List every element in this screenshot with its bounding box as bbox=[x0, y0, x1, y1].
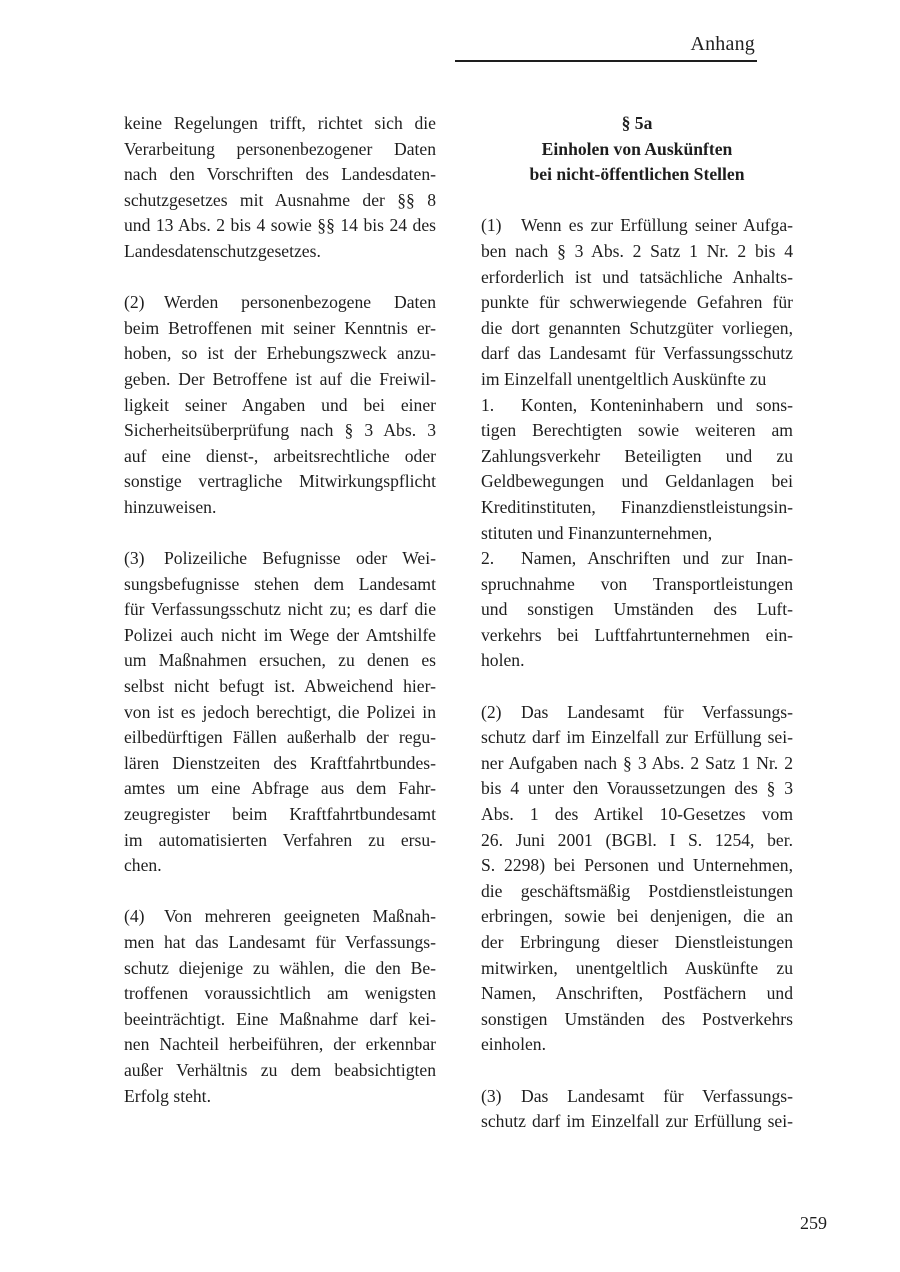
header-rule bbox=[455, 60, 757, 62]
text-line: mitwirken, unentgeltlich Auskünfte zu bbox=[481, 956, 793, 982]
text-line: Sicherheitsüberprüfung nach § 3 Abs. 3 bbox=[124, 418, 436, 444]
text-line: schutz darf im Einzelfall zur Erfüllung … bbox=[481, 725, 793, 751]
text-line: Das Landesamt für Verfassungs- bbox=[521, 1084, 793, 1110]
text-line: verkehrs bei Luftfahrtunternehmen ein- bbox=[481, 623, 793, 649]
list-number: 1. bbox=[481, 393, 521, 419]
paragraph-number: (4) bbox=[124, 904, 164, 930]
text-line: und sonstigen Umständen des Luft- bbox=[481, 597, 793, 623]
text-line: Namen, Anschriften, Postfächern und bbox=[481, 981, 793, 1007]
text-line: ner Aufgaben nach § 3 Abs. 2 Satz 1 Nr. … bbox=[481, 751, 793, 777]
text-line: 26. Juni 2001 (BGBl. I S. 1254, ber. bbox=[481, 828, 793, 854]
text-line: Abs. 1 des Artikel 10-Gesetzes vom bbox=[481, 802, 793, 828]
text-line: für Verfassungsschutz nicht zu; es darf … bbox=[124, 597, 436, 623]
text-line: keine Regelungen trifft, richtet sich di… bbox=[124, 111, 436, 137]
text-line: spruchnahme von Transportleistungen bbox=[481, 572, 793, 598]
text-line: geben. Der Betroffene ist auf die Freiwi… bbox=[124, 367, 436, 393]
text-line: der Erbringung dieser Dienstleistungen bbox=[481, 930, 793, 956]
text-line: schutz diejenige zu wählen, die den Be- bbox=[124, 956, 436, 982]
text-line: darf das Landesamt für Verfassungsschutz bbox=[481, 341, 793, 367]
text-line: Polizeiliche Befugnisse oder Wei- bbox=[164, 546, 436, 572]
text-line: Landesdatenschutzgesetzes. bbox=[124, 239, 436, 265]
text-line: stituten und Finanzunternehmen, bbox=[481, 521, 793, 547]
page-header-title: Anhang bbox=[690, 33, 755, 56]
text-line: eilbedürftigen Fällen außerhalb der regu… bbox=[124, 725, 436, 751]
text-line: außer Verhältnis zu dem beabsichtigten bbox=[124, 1058, 436, 1084]
text-line: holen. bbox=[481, 648, 793, 674]
section-number: § 5a bbox=[481, 111, 793, 137]
text-line: und 13 Abs. 2 bis 4 sowie §§ 14 bis 24 d… bbox=[124, 213, 436, 239]
text-line: sonstige vertragliche Mitwirkungspflicht bbox=[124, 469, 436, 495]
text-line: ben nach § 3 Abs. 2 Satz 1 Nr. 2 bis 4 bbox=[481, 239, 793, 265]
text-line: Geldbewegungen und Geldanlagen bei bbox=[481, 469, 793, 495]
left-column: keine Regelungen trifft, richtet sich di… bbox=[124, 111, 436, 1109]
text-line: Polizei auch nicht im Wege der Amtshilfe bbox=[124, 623, 436, 649]
list-item-1: 1.Konten, Konteninhabern und sons- tigen… bbox=[481, 393, 793, 547]
text-line: lären Dienstzeiten des Kraftfahrtbundes- bbox=[124, 751, 436, 777]
paragraph-continuation: keine Regelungen trifft, richtet sich di… bbox=[124, 111, 436, 265]
text-line: punkte für schwerwiegende Gefahren für bbox=[481, 290, 793, 316]
text-line: S. 2298) bei Personen und Unternehmen, bbox=[481, 853, 793, 879]
paragraph-2: (2)Werden personenbezogene Daten beim Be… bbox=[124, 290, 436, 520]
paragraph-number: (3) bbox=[481, 1084, 521, 1110]
text-line: Von mehreren geeigneten Maßnah- bbox=[164, 904, 436, 930]
list-number: 2. bbox=[481, 546, 521, 572]
paragraph-number: (2) bbox=[481, 700, 521, 726]
text-line: troffenen voraussichtlich am wenigsten bbox=[124, 981, 436, 1007]
text-line: tigen Berechtigten sowie weiteren am bbox=[481, 418, 793, 444]
text-line: einholen. bbox=[481, 1032, 793, 1058]
text-line: Erfolg steht. bbox=[124, 1084, 436, 1110]
section-heading: § 5a Einholen von Auskünften bei nicht-ö… bbox=[481, 111, 793, 188]
text-line: ligkeit seiner Angaben und bei einer bbox=[124, 393, 436, 419]
text-line: um Maßnahmen ersuchen, zu denen es bbox=[124, 648, 436, 674]
text-line: Wenn es zur Erfüllung seiner Aufga- bbox=[521, 213, 793, 239]
list-item-2: 2.Namen, Anschriften und zur Inan- spruc… bbox=[481, 546, 793, 674]
text-line: schutzgesetzes mit Ausnahme der §§ 8 bbox=[124, 188, 436, 214]
paragraph-3: (3)Polizeiliche Befugnisse oder Wei- sun… bbox=[124, 546, 436, 879]
text-line: men hat das Landesamt für Verfassungs- bbox=[124, 930, 436, 956]
text-line: erbringen, sowie bei denjenigen, die an bbox=[481, 904, 793, 930]
text-line: auf eine dienst-, arbeitsrechtliche oder bbox=[124, 444, 436, 470]
paragraph-number: (1) bbox=[481, 213, 521, 239]
text-line: die geschäftsmäßig Postdienstleistungen bbox=[481, 879, 793, 905]
text-line: sungsbefugnisse stehen dem Landesamt bbox=[124, 572, 436, 598]
text-line: Konten, Konteninhabern und sons- bbox=[521, 393, 793, 419]
text-line: im automatisierten Verfahren zu ersu- bbox=[124, 828, 436, 854]
text-line: bis 4 unter den Voraussetzungen des § 3 bbox=[481, 776, 793, 802]
text-line: Zahlungsverkehr Beteiligten und zu bbox=[481, 444, 793, 470]
text-line: beim Betroffenen mit seiner Kenntnis er- bbox=[124, 316, 436, 342]
text-line: von ist es jedoch berechtigt, die Polize… bbox=[124, 700, 436, 726]
paragraph-1: (1)Wenn es zur Erfüllung seiner Aufga- b… bbox=[481, 213, 793, 674]
text-line: Kreditinstituten, Finanzdienstleistungsi… bbox=[481, 495, 793, 521]
paragraph-2: (2)Das Landesamt für Verfassungs- schutz… bbox=[481, 700, 793, 1058]
text-line: im Einzelfall unentgeltlich Auskünfte zu bbox=[481, 367, 793, 393]
text-line: nen Nachteil herbeiführen, der erkennbar bbox=[124, 1032, 436, 1058]
text-line: hoben, so ist der Erhebungszweck anzu- bbox=[124, 341, 436, 367]
paragraph-3: (3)Das Landesamt für Verfassungs- schutz… bbox=[481, 1084, 793, 1135]
right-column: § 5a Einholen von Auskünften bei nicht-ö… bbox=[481, 111, 793, 1135]
text-line: amtes um eine Abfrage aus dem Fahr- bbox=[124, 776, 436, 802]
text-line: nach den Vorschriften des Landesdaten- bbox=[124, 162, 436, 188]
text-line: sonstigen Umständen des Postverkehrs bbox=[481, 1007, 793, 1033]
page-number: 259 bbox=[800, 1213, 827, 1234]
text-line: Verarbeitung personenbezogener Daten bbox=[124, 137, 436, 163]
paragraph-number: (3) bbox=[124, 546, 164, 572]
text-line: die dort genannten Schutzgüter vorliegen… bbox=[481, 316, 793, 342]
text-line: selbst nicht befugt ist. Abweichend hier… bbox=[124, 674, 436, 700]
text-line: Das Landesamt für Verfassungs- bbox=[521, 700, 793, 726]
text-line: chen. bbox=[124, 853, 436, 879]
text-line: zeugregister beim Kraftfahrtbundesamt bbox=[124, 802, 436, 828]
paragraph-number: (2) bbox=[124, 290, 164, 316]
section-title-line: Einholen von Auskünften bbox=[481, 137, 793, 163]
text-line: erforderlich ist und tatsächliche Anhalt… bbox=[481, 265, 793, 291]
paragraph-4: (4)Von mehreren geeigneten Maßnah- men h… bbox=[124, 904, 436, 1109]
text-line: schutz darf im Einzelfall zur Erfüllung … bbox=[481, 1109, 793, 1135]
text-line: Namen, Anschriften und zur Inan- bbox=[521, 546, 793, 572]
text-line: Werden personenbezogene Daten bbox=[164, 290, 436, 316]
text-line: hinzuweisen. bbox=[124, 495, 436, 521]
section-title-line: bei nicht-öffentlichen Stellen bbox=[481, 162, 793, 188]
text-line: beeinträchtigt. Eine Maßnahme darf kei- bbox=[124, 1007, 436, 1033]
